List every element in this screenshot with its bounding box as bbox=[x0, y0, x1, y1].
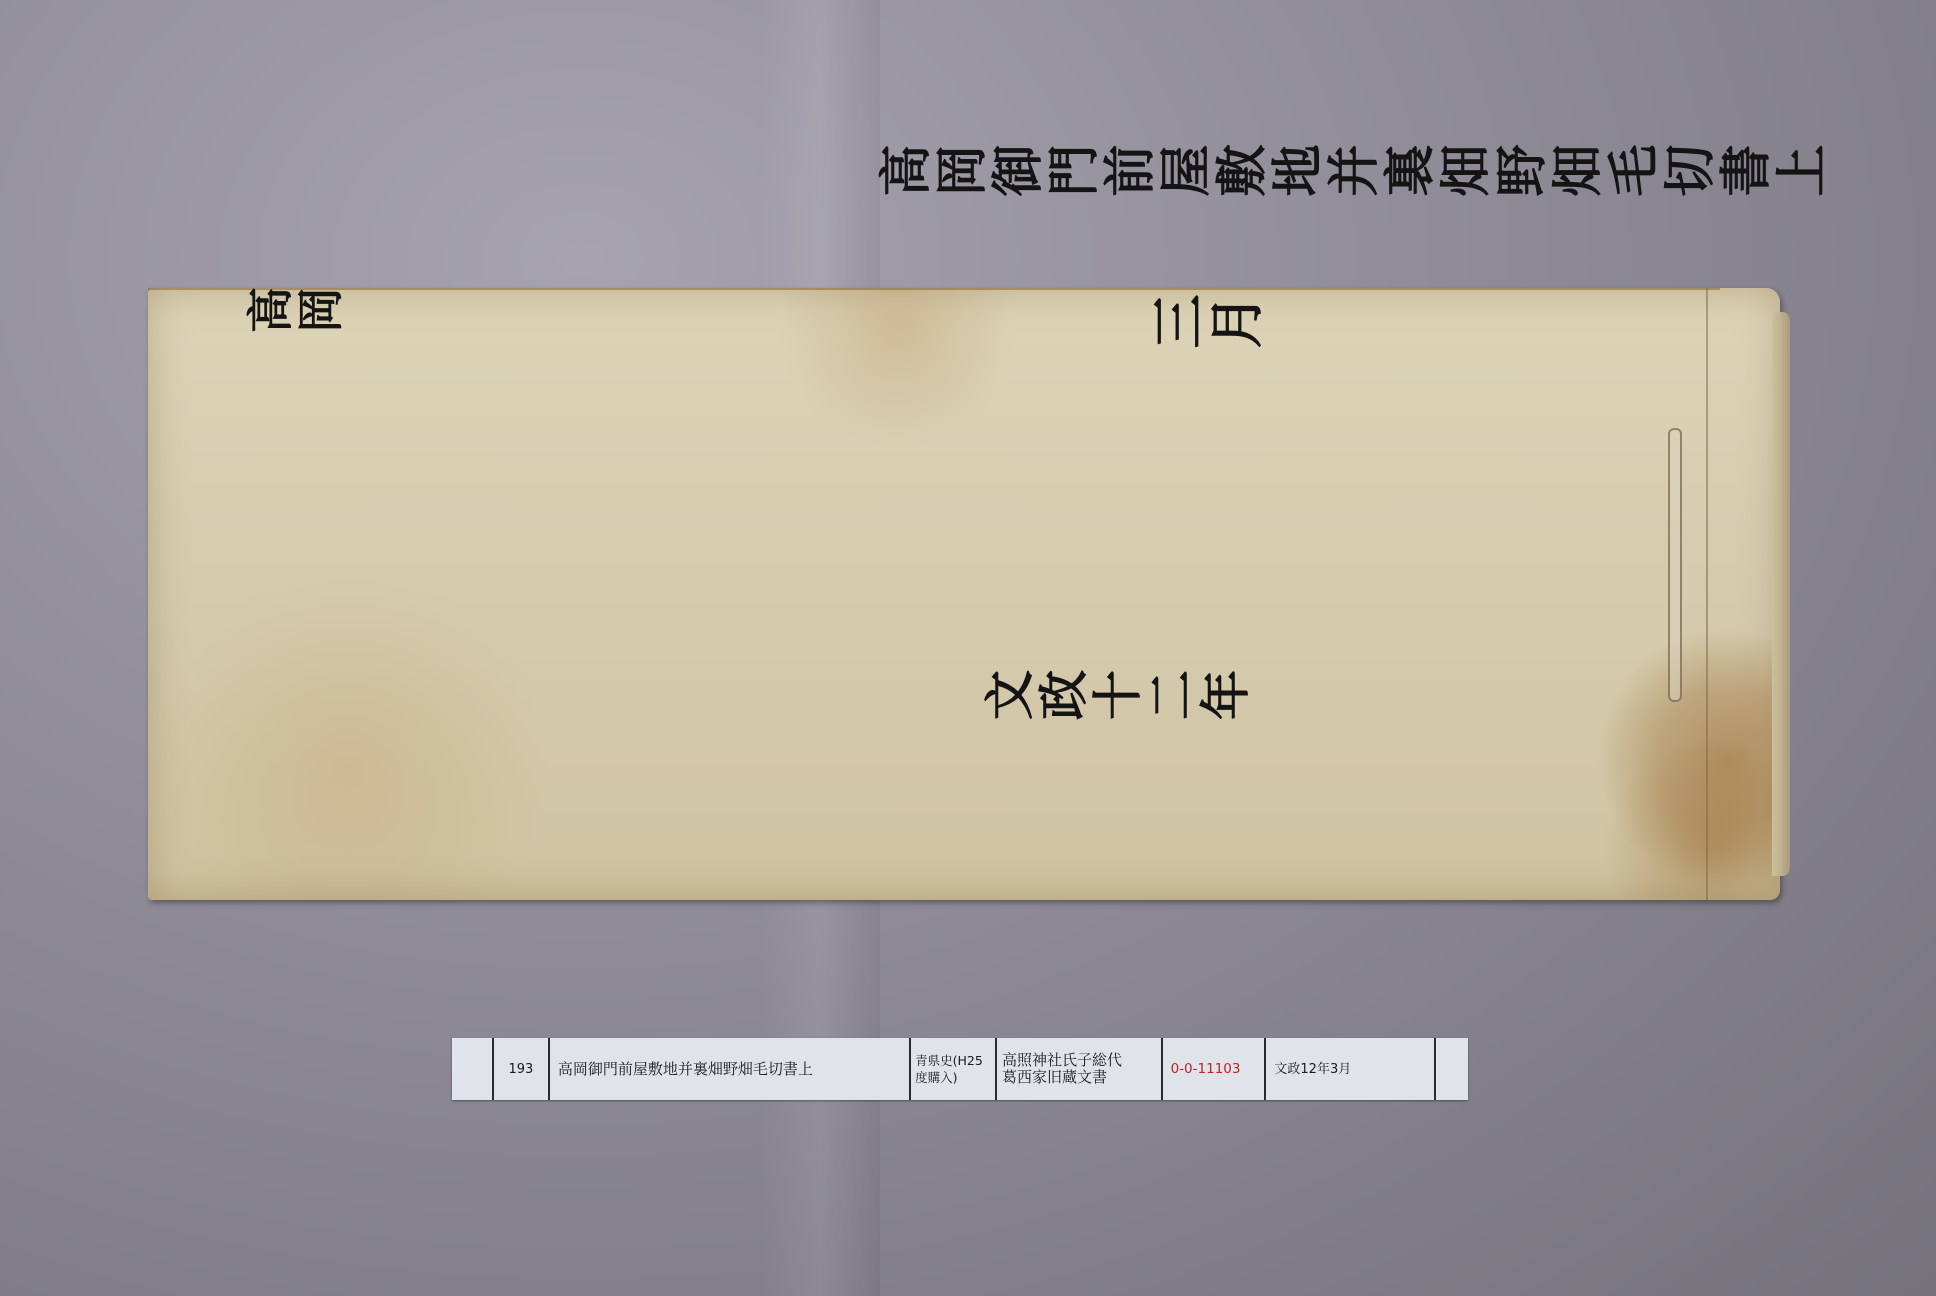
calligraphy-month: 三月 bbox=[1150, 286, 1266, 346]
document-top-edge bbox=[148, 288, 1720, 298]
historical-document: 高岡御門前屋敷地并裏畑野畑毛切書上 三月 文政十二年 高岡 bbox=[148, 288, 1780, 900]
label-blank-cell bbox=[452, 1038, 492, 1100]
label-end-cell bbox=[1434, 1038, 1468, 1100]
label-source-line2: 度購入) bbox=[915, 1069, 957, 1086]
label-catalog-id: 0-0-11103 bbox=[1161, 1038, 1265, 1100]
label-collection-line1: 高照神社氏子総代 bbox=[1002, 1052, 1122, 1069]
label-collection: 高照神社氏子総代 葛西家旧蔵文書 bbox=[995, 1038, 1161, 1100]
document-stack-edge bbox=[1772, 312, 1790, 876]
label-title: 高岡御門前屋敷地并裏畑野畑毛切書上 bbox=[548, 1038, 909, 1100]
label-date: 文政12年3月 bbox=[1264, 1038, 1434, 1100]
catalog-label: 193 高岡御門前屋敷地并裏畑野畑毛切書上 青県史(H25 度購入) 高照神社氏… bbox=[452, 1038, 1468, 1100]
binding-line bbox=[1706, 288, 1708, 900]
calligraphy-date: 文政十二年 bbox=[983, 663, 1253, 723]
binding-string bbox=[1668, 428, 1682, 702]
label-collection-line2: 葛西家旧蔵文書 bbox=[1002, 1069, 1107, 1086]
label-source-line1: 青県史(H25 bbox=[915, 1052, 983, 1069]
label-source: 青県史(H25 度購入) bbox=[909, 1038, 995, 1100]
label-number: 193 bbox=[492, 1038, 548, 1100]
calligraphy-signature: 高岡 bbox=[246, 280, 346, 336]
